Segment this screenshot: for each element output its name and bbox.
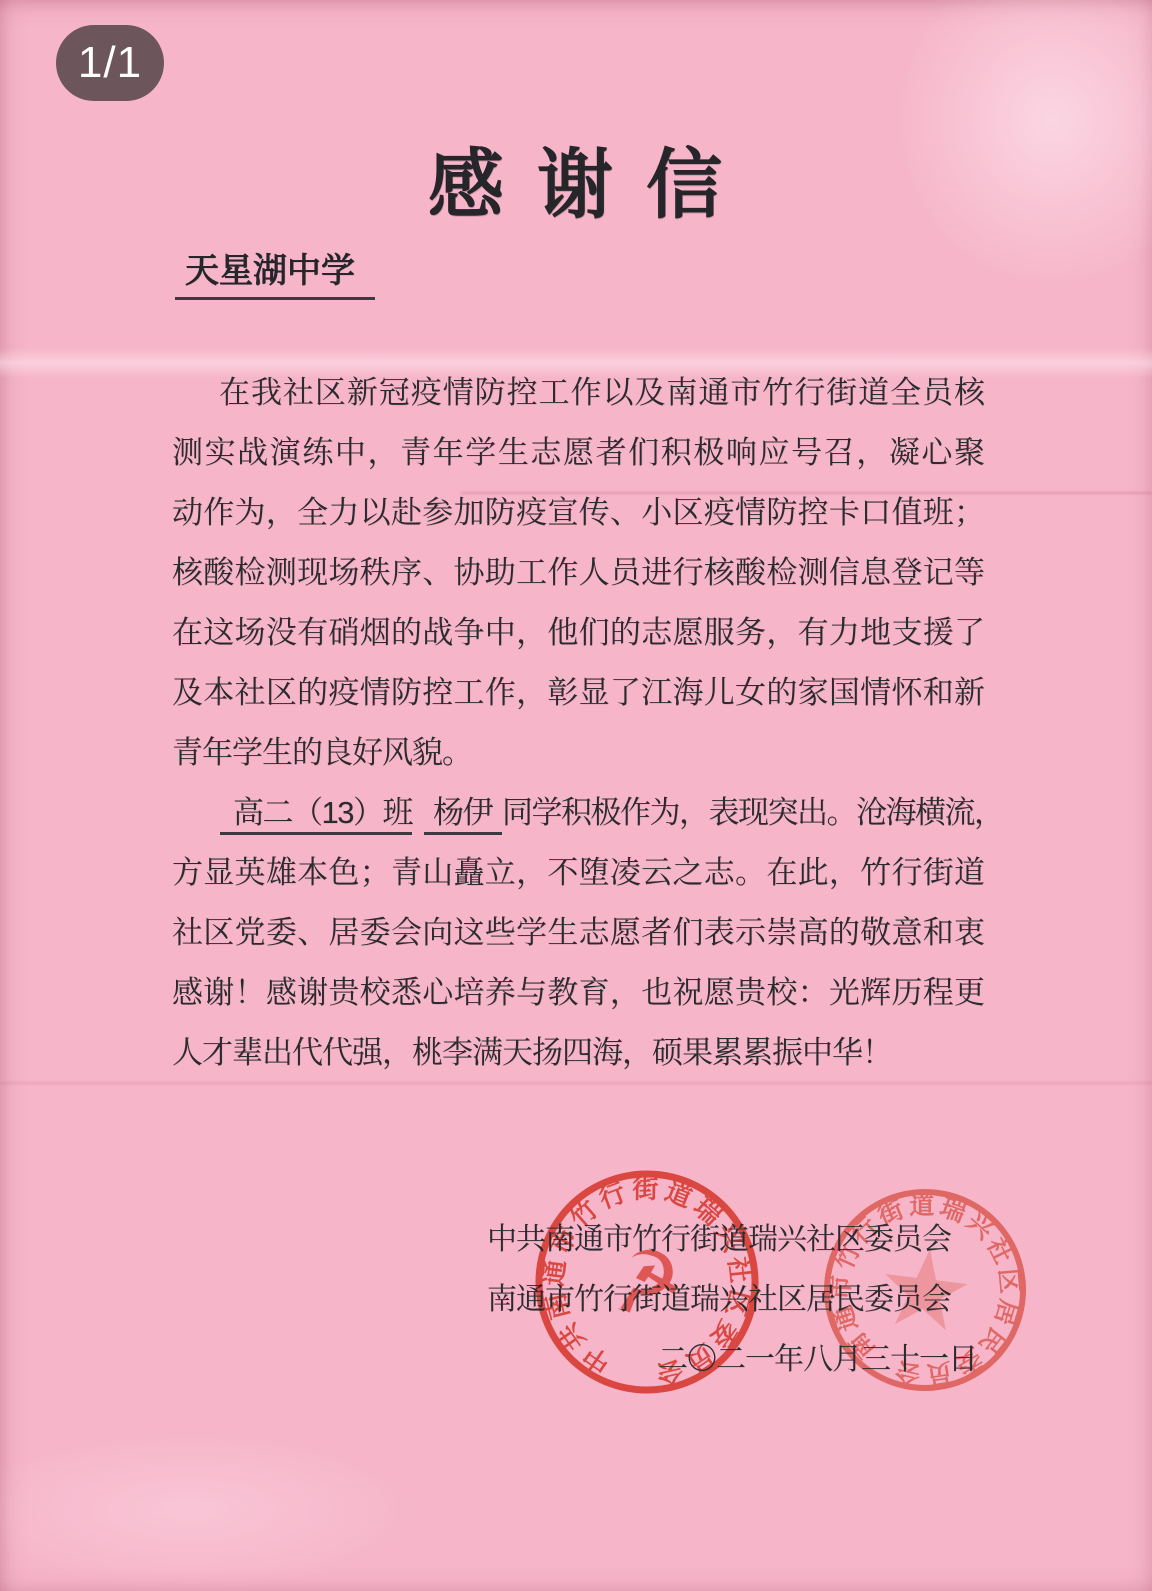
body-line: 人才辈出代代强，桃李满天扬四海，硕果累累振中华！ xyxy=(172,1023,985,1083)
student-name-underlined: 杨伊 xyxy=(424,795,502,835)
signature-block: 中共南通市竹行街道瑞兴社区委员会 南通市竹行街道瑞兴社区居民委员会 二〇二一年八… xyxy=(0,1210,977,1390)
scanned-thank-you-letter: 中共南通市竹行街道瑞兴社区委员会 ☭ 南通市竹行街道瑞兴社区居民委员会 ★ 1/… xyxy=(0,0,1152,1591)
body-line: 及本社区的疫情防控工作，彰显了江海儿女的家国情怀和新时代 xyxy=(172,663,985,723)
recipient-name: 天星湖中学 xyxy=(175,243,375,300)
body-line: 方显英雄本色；青山矗立，不堕凌云之志。在此，竹行街道瑞兴 xyxy=(172,843,985,903)
body-line: 在这场没有硝烟的战争中，他们的志愿服务，有力地支援了全街 xyxy=(172,603,985,663)
body-line: 社区党委、居委会向这些学生志愿者们表示崇高的敬意和衷心的 xyxy=(172,903,985,963)
page-indicator-badge: 1/1 xyxy=(56,25,164,101)
body-text: 同学积极作为，表现突出。沧海横流， xyxy=(502,795,1004,830)
body-line: 核酸检测现场秩序、协助工作人员进行核酸检测信息登记等工作。 xyxy=(172,543,985,603)
body-line-student: 高二（13）班杨伊同学积极作为，表现突出。沧海横流， xyxy=(172,783,985,843)
signature-date: 二〇二一年八月三十一日 xyxy=(0,1330,977,1390)
body-line: 测实战演练中，青年学生志愿者们积极响应号召，凝心聚力，主 xyxy=(172,423,985,483)
letter-title: 感 谢 信 xyxy=(0,140,1152,231)
class-name-underlined: 高二（13）班 xyxy=(220,795,412,835)
body-line: 青年学生的良好风貌。 xyxy=(172,723,985,783)
signature-org-residents: 南通市竹行街道瑞兴社区居民委员会 xyxy=(0,1270,977,1330)
signature-org-party: 中共南通市竹行街道瑞兴社区委员会 xyxy=(0,1210,977,1270)
letter-body: 在我社区新冠疫情防控工作以及南通市竹行街道全员核酸检 测实战演练中，青年学生志愿… xyxy=(172,363,985,1083)
body-line: 在我社区新冠疫情防控工作以及南通市竹行街道全员核酸检 xyxy=(172,363,985,423)
recipient-line: 天星湖中学 xyxy=(175,243,375,300)
body-line: 动作为，全力以赴参加防疫宣传、小区疫情防控卡口值班；维护 xyxy=(172,483,985,543)
paper-highlight xyxy=(0,1430,420,1590)
body-line: 感谢！感谢贵校悉心培养与教育，也祝愿贵校：光辉历程更辉煌， xyxy=(172,963,985,1023)
